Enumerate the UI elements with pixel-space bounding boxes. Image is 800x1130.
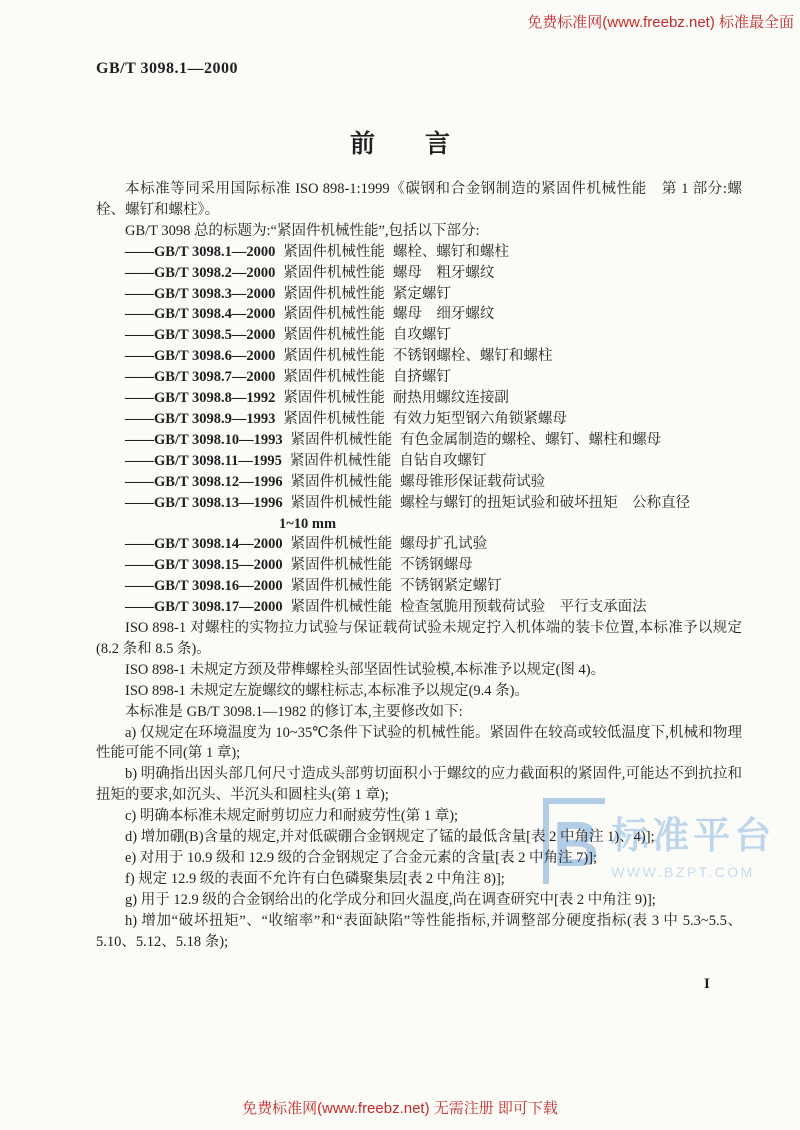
paragraph-adoption: 本标准等同采用国际标准 ISO 898-1:1999《碳钢和合金钢制造的紧固件机…: [96, 179, 742, 221]
part-title: 螺母扩孔试验: [400, 534, 742, 555]
part-code: ——GB/T 3098.1—2000: [125, 242, 275, 263]
revision-item: c) 明确本标准未规定耐剪切应力和耐疲劳性(第 1 章);: [96, 806, 742, 827]
part-code: ——GB/T 3098.6—2000: [125, 346, 275, 367]
part-series: 紧固件机械性能: [291, 430, 393, 451]
part-title: 螺母 细牙螺纹: [393, 304, 742, 325]
site-stamp-bottom: 免费标准网(www.freebz.net) 无需注册 即可下载: [0, 1097, 800, 1118]
part-code: ——GB/T 3098.16—2000: [125, 576, 283, 597]
revision-item: g) 用于 12.9 级的合金钢给出的化学成分和回火温度,尚在调查研究中[表 2…: [96, 890, 742, 911]
part-title: 螺母锥形保证载荷试验: [400, 472, 742, 493]
part-series: 紧固件机械性能: [283, 304, 385, 325]
parts-list-item: ——GB/T 3098.3—2000 紧固件机械性能 紧定螺钉: [125, 284, 742, 305]
part-code: ——GB/T 3098.10—1993: [125, 430, 283, 451]
part-line: ——GB/T 3098.16—2000 紧固件机械性能 不锈钢紧定螺钉: [125, 576, 742, 597]
part-line: ——GB/T 3098.15—2000 紧固件机械性能 不锈钢螺母: [125, 555, 742, 576]
parts-list-item: ——GB/T 3098.5—2000 紧固件机械性能 自攻螺钉: [125, 325, 742, 346]
part-code: ——GB/T 3098.12—1996: [125, 472, 283, 493]
parts-list-item: ——GB/T 3098.17—2000 紧固件机械性能 检查氢脆用预载荷试验 平…: [125, 597, 742, 618]
part-series: 紧固件机械性能: [290, 451, 392, 472]
part-line: ——GB/T 3098.13—1996 紧固件机械性能 螺栓与螺钉的扭矩试验和破…: [125, 493, 742, 514]
standard-code: GB/T 3098.1—2000: [96, 60, 238, 78]
iso-note-paragraph: ISO 898-1 未规定方颈及带榫螺栓头部坚固性试验模,本标准予以规定(图 4…: [96, 660, 742, 681]
parts-list-item: ——GB/T 3098.12—1996 紧固件机械性能 螺母锥形保证载荷试验: [125, 472, 742, 493]
part-code: ——GB/T 3098.5—2000: [125, 325, 275, 346]
part-code: ——GB/T 3098.4—2000: [125, 304, 275, 325]
parts-list-item: ——GB/T 3098.1—2000 紧固件机械性能 螺栓、螺钉和螺柱: [125, 242, 742, 263]
part-title: 螺母 粗牙螺纹: [393, 263, 742, 284]
parts-list-item: ——GB/T 3098.14—2000 紧固件机械性能 螺母扩孔试验: [125, 534, 742, 555]
part-series: 紧固件机械性能: [283, 284, 385, 305]
part-title: 自挤螺钉: [393, 367, 742, 388]
part-title: 自钻自攻螺钉: [399, 451, 742, 472]
part-line: ——GB/T 3098.14—2000 紧固件机械性能 螺母扩孔试验: [125, 534, 742, 555]
part-code: ——GB/T 3098.11—1995: [125, 451, 282, 472]
revision-item: h) 增加“破坏扭矩”、“收缩率”和“表面缺陷”等性能指标,并调整部分硬度指标(…: [96, 911, 742, 953]
part-continuation: 1~10 mm: [125, 514, 742, 535]
part-title: 紧定螺钉: [393, 284, 742, 305]
part-title: 自攻螺钉: [393, 325, 742, 346]
parts-list-item: ——GB/T 3098.7—2000 紧固件机械性能 自挤螺钉: [125, 367, 742, 388]
part-series: 紧固件机械性能: [291, 597, 393, 618]
iso-note-paragraph: 本标准是 GB/T 3098.1—1982 的修订本,主要修改如下:: [96, 702, 742, 723]
iso-note-paragraph: ISO 898-1 对螺柱的实物拉力试验与保证载荷试验未规定拧入机体端的装卡位置…: [96, 618, 742, 660]
part-series: 紧固件机械性能: [291, 472, 393, 493]
part-series: 紧固件机械性能: [283, 367, 385, 388]
revision-list: a) 仅规定在环境温度为 10~35℃条件下试验的机械性能。紧固件在较高或较低温…: [96, 723, 742, 953]
part-series: 紧固件机械性能: [283, 409, 385, 430]
parts-list-item: ——GB/T 3098.8—1992 紧固件机械性能 耐热用螺纹连接副: [125, 388, 742, 409]
paragraph-parts-intro: GB/T 3098 总的标题为:“紧固件机械性能”,包括以下部分:: [96, 221, 742, 242]
parts-list-item: ——GB/T 3098.4—2000 紧固件机械性能 螺母 细牙螺纹: [125, 304, 742, 325]
part-code: ——GB/T 3098.7—2000: [125, 367, 275, 388]
revision-item: f) 规定 12.9 级的表面不允许有白色磷聚集层[表 2 中角注 8)];: [96, 869, 742, 890]
part-line: ——GB/T 3098.6—2000 紧固件机械性能 不锈钢螺栓、螺钉和螺柱: [125, 346, 742, 367]
parts-list-item: ——GB/T 3098.11—1995 紧固件机械性能 自钻自攻螺钉: [125, 451, 742, 472]
part-title: 有效力矩型钢六角锁紧螺母: [393, 409, 742, 430]
iso-note-paragraph: ISO 898-1 未规定左旋螺纹的螺柱标志,本标准予以规定(9.4 条)。: [96, 681, 742, 702]
part-line: ——GB/T 3098.5—2000 紧固件机械性能 自攻螺钉: [125, 325, 742, 346]
part-title: 螺栓、螺钉和螺柱: [393, 242, 742, 263]
part-code: ——GB/T 3098.8—1992: [125, 388, 275, 409]
part-code: ——GB/T 3098.9—1993: [125, 409, 275, 430]
part-line: ——GB/T 3098.8—1992 紧固件机械性能 耐热用螺纹连接副: [125, 388, 742, 409]
part-code: ——GB/T 3098.2—2000: [125, 263, 275, 284]
parts-list-item: ——GB/T 3098.15—2000 紧固件机械性能 不锈钢螺母: [125, 555, 742, 576]
revision-item: d) 增加硼(B)含量的规定,并对低碳硼合金钢规定了锰的最低含量[表 2 中角注…: [96, 827, 742, 848]
part-line: ——GB/T 3098.4—2000 紧固件机械性能 螺母 细牙螺纹: [125, 304, 742, 325]
part-title: 耐热用螺纹连接副: [393, 388, 742, 409]
part-line: ——GB/T 3098.12—1996 紧固件机械性能 螺母锥形保证载荷试验: [125, 472, 742, 493]
part-line: ——GB/T 3098.11—1995 紧固件机械性能 自钻自攻螺钉: [125, 451, 742, 472]
part-series: 紧固件机械性能: [291, 534, 393, 555]
part-code: ——GB/T 3098.3—2000: [125, 284, 275, 305]
part-title: 螺栓与螺钉的扭矩试验和破坏扭矩 公称直径: [400, 493, 742, 514]
part-series: 紧固件机械性能: [283, 263, 385, 284]
parts-list-item: ——GB/T 3098.6—2000 紧固件机械性能 不锈钢螺栓、螺钉和螺柱: [125, 346, 742, 367]
parts-list-item: ——GB/T 3098.9—1993 紧固件机械性能 有效力矩型钢六角锁紧螺母: [125, 409, 742, 430]
part-series: 紧固件机械性能: [283, 388, 385, 409]
revision-item: a) 仅规定在环境温度为 10~35℃条件下试验的机械性能。紧固件在较高或较低温…: [96, 723, 742, 765]
part-line: ——GB/T 3098.9—1993 紧固件机械性能 有效力矩型钢六角锁紧螺母: [125, 409, 742, 430]
document-page: 免费标准网(www.freebz.net) 标准最全面 GB/T 3098.1—…: [0, 0, 800, 1130]
part-line: ——GB/T 3098.17—2000 紧固件机械性能 检查氢脆用预载荷试验 平…: [125, 597, 742, 618]
part-line: ——GB/T 3098.2—2000 紧固件机械性能 螺母 粗牙螺纹: [125, 263, 742, 284]
parts-list-item: ——GB/T 3098.13—1996 紧固件机械性能 螺栓与螺钉的扭矩试验和破…: [125, 493, 742, 535]
part-series: 紧固件机械性能: [291, 493, 393, 514]
page-number: I: [704, 976, 710, 993]
page-title: 前 言: [0, 124, 800, 160]
part-title: 有色金属制造的螺栓、螺钉、螺柱和螺母: [400, 430, 742, 451]
revision-item: e) 对用于 10.9 级和 12.9 级的合金钢规定了合金元素的含量[表 2 …: [96, 848, 742, 869]
part-series: 紧固件机械性能: [283, 325, 385, 346]
site-stamp-top: 免费标准网(www.freebz.net) 标准最全面: [527, 11, 794, 32]
part-line: ——GB/T 3098.7—2000 紧固件机械性能 自挤螺钉: [125, 367, 742, 388]
iso-notes: ISO 898-1 对螺柱的实物拉力试验与保证载荷试验未规定拧入机体端的装卡位置…: [96, 618, 742, 723]
parts-list: ——GB/T 3098.1—2000 紧固件机械性能 螺栓、螺钉和螺柱 ——GB…: [96, 242, 742, 618]
part-code: ——GB/T 3098.14—2000: [125, 534, 283, 555]
part-title: 不锈钢螺栓、螺钉和螺柱: [393, 346, 742, 367]
part-line: ——GB/T 3098.3—2000 紧固件机械性能 紧定螺钉: [125, 284, 742, 305]
part-code: ——GB/T 3098.13—1996: [125, 493, 283, 514]
part-code: ——GB/T 3098.17—2000: [125, 597, 283, 618]
part-title: 不锈钢螺母: [400, 555, 742, 576]
foreword-content: 本标准等同采用国际标准 ISO 898-1:1999《碳钢和合金钢制造的紧固件机…: [96, 179, 742, 953]
part-line: ——GB/T 3098.10—1993 紧固件机械性能 有色金属制造的螺栓、螺钉…: [125, 430, 742, 451]
parts-list-item: ——GB/T 3098.16—2000 紧固件机械性能 不锈钢紧定螺钉: [125, 576, 742, 597]
part-title: 检查氢脆用预载荷试验 平行支承面法: [400, 597, 742, 618]
part-code: ——GB/T 3098.15—2000: [125, 555, 283, 576]
revision-item: b) 明确指出因头部几何尺寸造成头部剪切面积小于螺纹的应力截面积的紧固件,可能达…: [96, 764, 742, 806]
part-series: 紧固件机械性能: [283, 346, 385, 367]
part-title: 不锈钢紧定螺钉: [400, 576, 742, 597]
part-series: 紧固件机械性能: [283, 242, 385, 263]
parts-list-item: ——GB/T 3098.10—1993 紧固件机械性能 有色金属制造的螺栓、螺钉…: [125, 430, 742, 451]
parts-list-item: ——GB/T 3098.2—2000 紧固件机械性能 螺母 粗牙螺纹: [125, 263, 742, 284]
part-line: ——GB/T 3098.1—2000 紧固件机械性能 螺栓、螺钉和螺柱: [125, 242, 742, 263]
part-series: 紧固件机械性能: [291, 555, 393, 576]
part-series: 紧固件机械性能: [291, 576, 393, 597]
